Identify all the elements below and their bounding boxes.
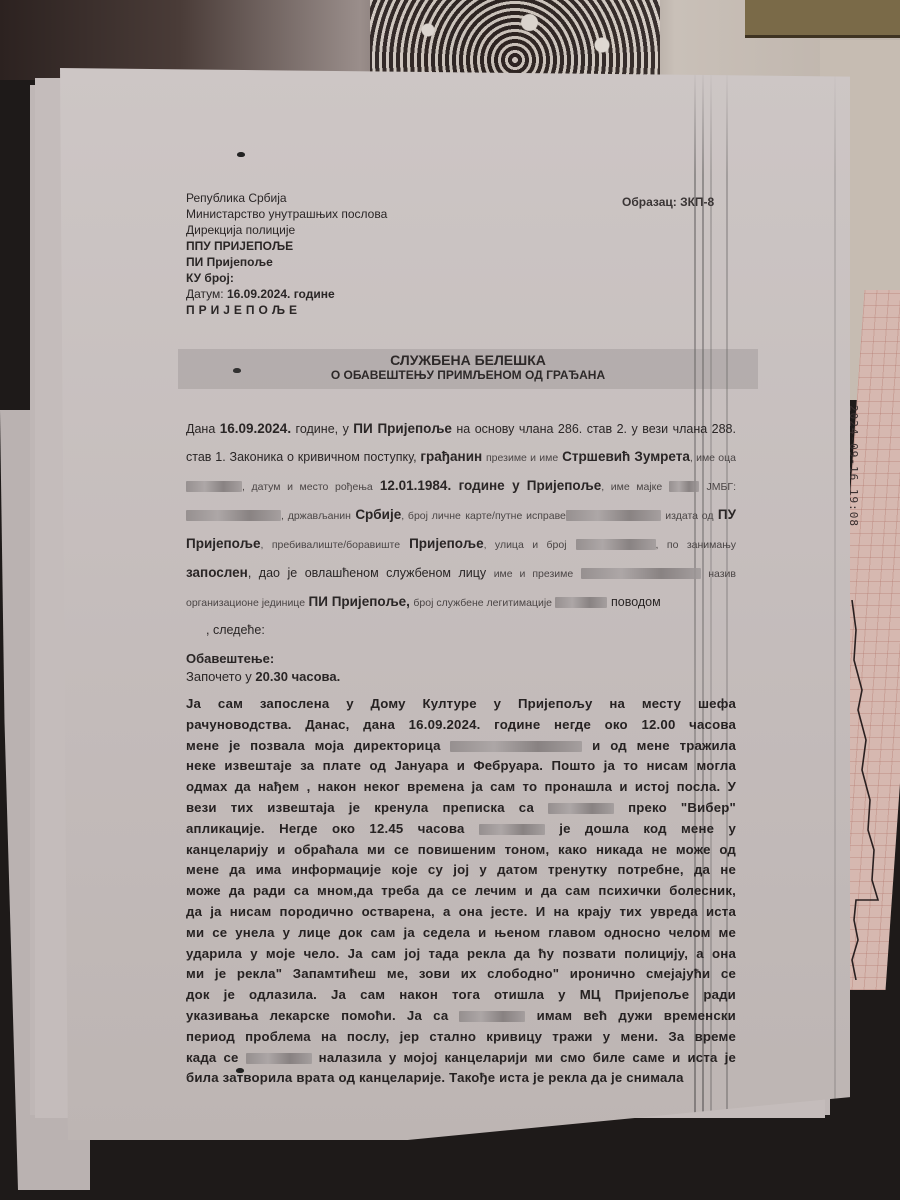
redacted-name [479, 824, 545, 835]
statement-line: рачуноводства. Данас, дана 16.09.2024. г… [186, 715, 736, 736]
statement-line: ми је рекла" Запамтићеш ме, зови их слоб… [186, 964, 736, 985]
statement-line: Ја сам запослена у Дому Културе у Пријеп… [186, 694, 736, 715]
statement-line: ми се унела у лице док сам ја седела и њ… [186, 923, 736, 944]
redacted-jmbg [186, 510, 281, 521]
redacted-name [459, 1011, 525, 1022]
occupation: запослен [186, 565, 248, 580]
document-subtitle: О ОБАВЕШТЕЊУ ПРИМЉЕНОМ ОД ГРАЂАНА [178, 368, 758, 382]
intro-paragraph: Дана 16.09.2024. године, у ПИ Пријепоље … [186, 415, 736, 644]
notice-block: Обавештење: Започето у 20.30 часова. [186, 650, 340, 686]
header-case-number: КУ број: [186, 270, 746, 286]
ecg-trace-line [848, 600, 898, 980]
document-title: СЛУЖБЕНА БЕЛЕШКА [178, 352, 758, 368]
statement-line: када се налазила у мојој канцеларији ми … [186, 1048, 736, 1069]
intro-date: 16.09.2024. [220, 421, 291, 436]
statement-line: неке извештаје за плате од Јануара и Феб… [186, 756, 736, 777]
header-station: ПИ Пријепоље [186, 254, 746, 270]
printer-streak [834, 68, 836, 1140]
statement-line: мене да има информације које су јој у да… [186, 860, 736, 881]
redacted-father-name [186, 481, 242, 492]
picture-frame [745, 0, 900, 38]
redacted-name [246, 1053, 312, 1064]
redacted-officer-name [581, 568, 701, 579]
intro-unit: ПИ Пријепоље [353, 421, 452, 436]
punch-mark [237, 152, 245, 157]
residence: Пријепоље [409, 536, 484, 551]
birth-date: 12.01.1984. године у [380, 478, 520, 493]
statement-line: канцеларију и обраћала ми се повишеним т… [186, 840, 736, 861]
statement-line: може да ради са мном,да треба да се лечи… [186, 881, 736, 902]
redacted-badge-number [555, 597, 607, 608]
citizen-statement: Ја сам запослена у Дому Културе у Пријеп… [186, 694, 736, 1089]
statement-line: док је одлазила. Ја сам након тога отишл… [186, 985, 736, 1006]
statement-line: апликације. Негде око 12.45 часова је до… [186, 819, 736, 840]
header-directorate: Дирекција полиције [186, 222, 746, 238]
birth-place: Пријепоље [527, 478, 602, 493]
redacted-mother-name [669, 481, 699, 492]
lace-doily [370, 0, 660, 75]
start-time: 20.30 часова. [255, 669, 340, 684]
statement-line: ударила у моје чело. Ја сам јој тада рек… [186, 944, 736, 965]
document-title-band: СЛУЖБЕНА БЕЛЕШКА О ОБАВЕШТЕЊУ ПРИМЉЕНОМ … [178, 349, 758, 389]
statement-line: била затворила врата од канцеларије. Так… [186, 1068, 736, 1089]
date-value: 16.09.2024. године [227, 287, 335, 301]
date-label: Датум: [186, 287, 224, 301]
header-regional-unit: ППУ ПРИЈЕПОЉЕ [186, 238, 746, 254]
redacted-name [450, 741, 582, 752]
statement-line: мене је позвала моја директорица и од ме… [186, 736, 736, 757]
citizen-name: Стршевић Зумрета [562, 449, 690, 464]
redacted-address [576, 539, 656, 550]
redacted-name [548, 803, 614, 814]
form-code: Образац: ЗКП-8 [622, 195, 714, 209]
statement-line: одмах да нађем , након неког времена ја … [186, 777, 736, 798]
statement-line: да ја нисам породично остварена, а она ј… [186, 902, 736, 923]
notice-label: Обавештење: [186, 650, 340, 668]
letterhead: Република Србија Министарство унутрашњих… [186, 190, 746, 318]
citizen-label: грађанин [420, 449, 482, 464]
citizenship: Србије [355, 507, 401, 522]
statement-line: вези тих извештаја је кренула преписка с… [186, 798, 736, 819]
statement-line: указивања лекарске помоћи. Ја са имам ве… [186, 1006, 736, 1027]
header-date: Датум: 16.09.2024. године [186, 286, 746, 302]
officer-unit: ПИ Пријепоље, [309, 594, 410, 609]
header-place: ПРИЈЕПОЉЕ [186, 302, 746, 318]
statement-line: период проблема на послу, јер стално кри… [186, 1027, 736, 1048]
redacted-id-number [566, 510, 661, 521]
